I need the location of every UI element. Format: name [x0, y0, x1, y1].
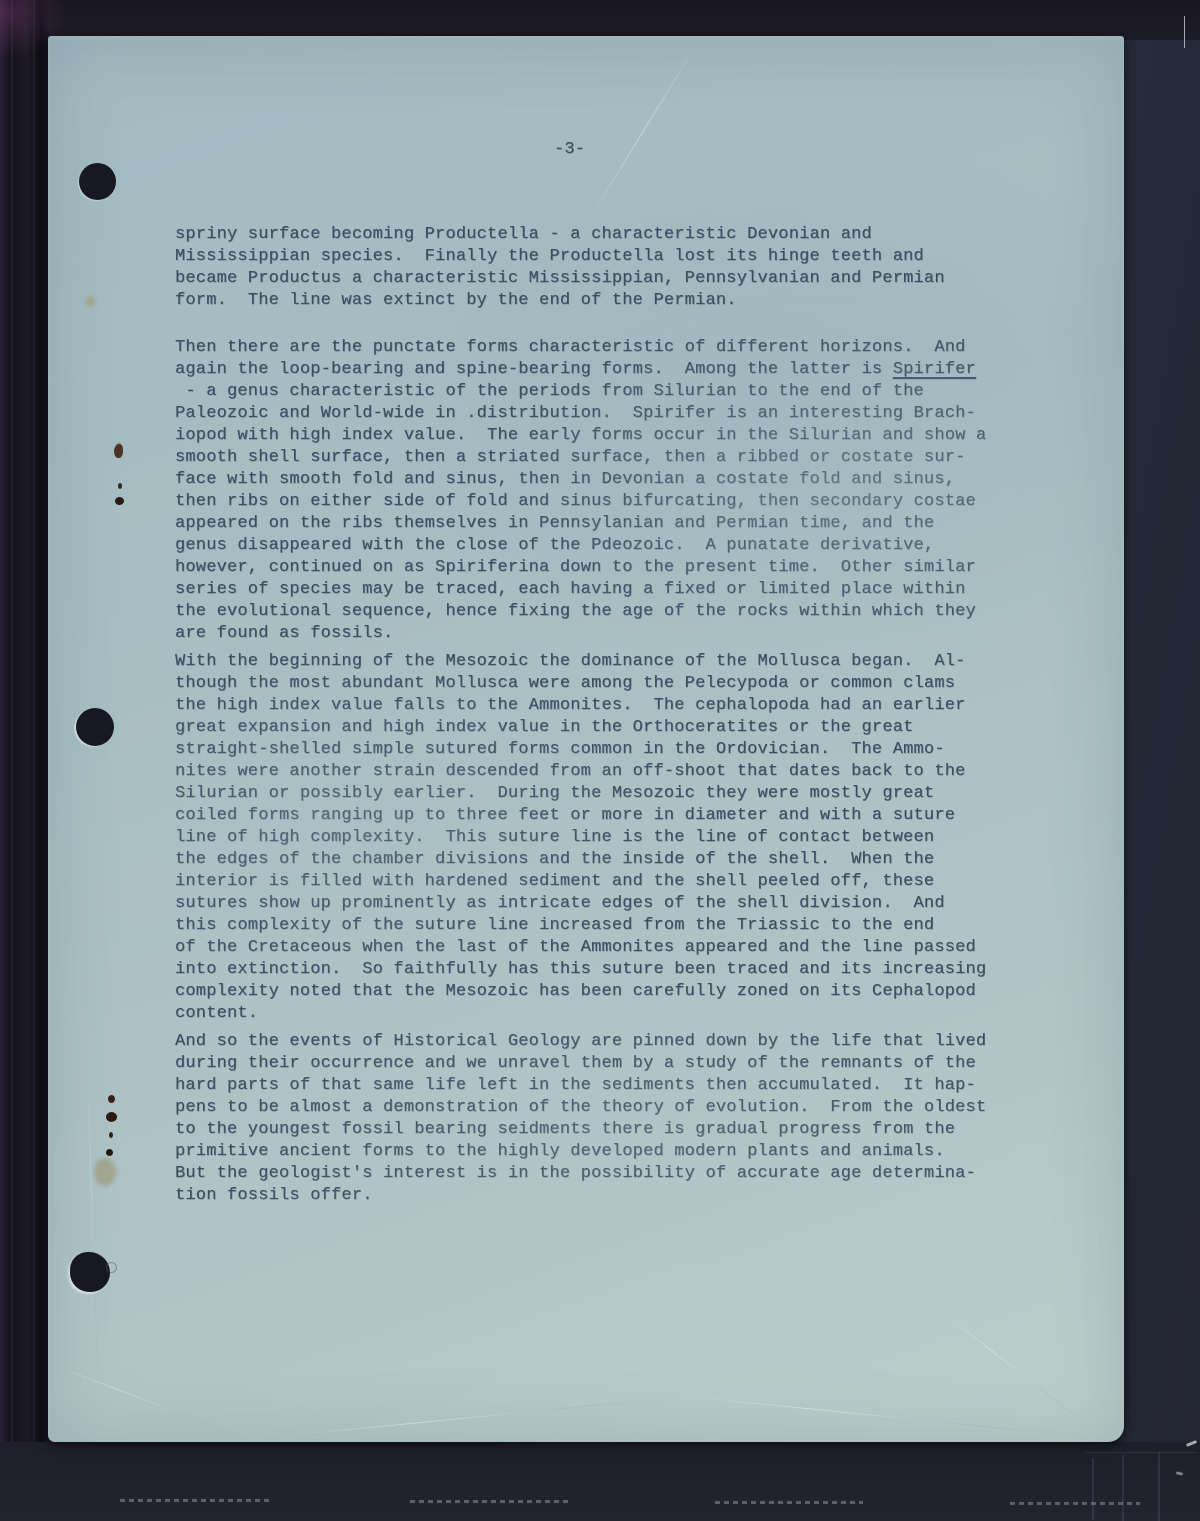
text-line: however, continued on as Spiriferina dow…	[175, 557, 986, 579]
background-emboss-line	[1122, 1455, 1124, 1521]
typewritten-text-block: -3- spriny surface becoming Productella …	[48, 36, 1124, 1442]
text-line: form. The line was extinct by the end of…	[175, 290, 945, 312]
text-line: - a genus characteristic of the periods …	[175, 381, 986, 403]
text-line: to the youngest fossil bearing seidments…	[175, 1119, 986, 1141]
background-emboss-line	[1158, 1452, 1160, 1521]
scan-background-top-band	[0, 0, 1200, 40]
text-line: great expansion and high index value in …	[175, 717, 986, 739]
paper-page: -3- spriny surface becoming Productella …	[48, 36, 1124, 1442]
underlined-word: Spirifer	[893, 360, 976, 379]
text-line: this complexity of the suture line incre…	[175, 915, 986, 937]
text-line: smooth shell surface, then a striated su…	[175, 447, 986, 469]
faint-dashed-mark	[715, 1501, 863, 1504]
text-line: appeared on the ribs themselves in Penns…	[175, 513, 986, 535]
scan-background-left-band	[0, 0, 48, 1521]
text-line: the evolutional sequence, hence fixing t…	[175, 601, 986, 623]
text-line: genus disappeared with the close of the …	[175, 535, 986, 557]
text-line: interior is filled with hardened sedimen…	[175, 871, 986, 893]
text-line: content.	[175, 1003, 986, 1025]
background-emboss-line	[1085, 1452, 1197, 1453]
ink-speck	[115, 497, 124, 505]
text-line: the edges of the chamber divisions and t…	[175, 849, 986, 871]
faint-dashed-mark	[410, 1500, 572, 1503]
text-line: again the loop-bearing and spine-bearing…	[175, 359, 986, 381]
punch-hole	[70, 1252, 110, 1292]
text-line: And so the events of Historical Geology …	[175, 1031, 986, 1053]
ink-speck	[106, 1112, 117, 1122]
scan-background-bottom-band	[0, 1442, 1200, 1521]
text-line: series of species may be traced, each ha…	[175, 579, 986, 601]
text-line: But the geologist's interest is in the p…	[175, 1163, 986, 1185]
text-line: into extinction. So faithfully has this …	[175, 959, 986, 981]
text-line: hard parts of that same life left in the…	[175, 1075, 986, 1097]
text-line: pens to be almost a demonstration of the…	[175, 1097, 986, 1119]
text-line: With the beginning of the Mesozoic the d…	[175, 651, 986, 673]
text-line: though the most abundant Mollusca were a…	[175, 673, 986, 695]
paragraph: And so the events of Historical Geology …	[175, 1031, 986, 1207]
text-line: Then there are the punctate forms charac…	[175, 337, 986, 359]
text-line: complexity noted that the Mesozoic has b…	[175, 981, 986, 1003]
ink-speck	[109, 1132, 113, 1138]
paragraph: spriny surface becoming Productella - a …	[175, 224, 945, 312]
text-line: line of high complexity. This suture lin…	[175, 827, 986, 849]
paragraph: Then there are the punctate forms charac…	[175, 337, 986, 645]
faint-dashed-mark	[120, 1499, 270, 1502]
text-line: during their occurrence and we unravel t…	[175, 1053, 986, 1075]
ink-speck	[118, 483, 122, 489]
page-number: -3-	[554, 139, 585, 161]
text-line: the high index value falls to the Ammoni…	[175, 695, 986, 717]
text-line: sutures show up prominently as intricate…	[175, 893, 986, 915]
ink-speck	[108, 1095, 115, 1103]
paragraph: With the beginning of the Mesozoic the d…	[175, 651, 986, 1025]
text-line: Paleozoic and World-wide in .distributio…	[175, 403, 986, 425]
punch-hole	[79, 163, 116, 200]
ink-speck	[106, 1149, 113, 1156]
text-line: became Productus a characteristic Missis…	[175, 268, 945, 290]
text-line: coiled forms ranging up to three feet or…	[175, 805, 986, 827]
text-line: nites were another strain descended from…	[175, 761, 986, 783]
text-line: tion fossils offer.	[175, 1185, 986, 1207]
text-line: are found as fossils.	[175, 623, 986, 645]
ink-speck	[114, 444, 123, 458]
background-emboss-line	[1092, 1458, 1094, 1520]
text-line: face with smooth fold and sinus, then in…	[175, 469, 986, 491]
text-line: primitive ancient forms to the highly de…	[175, 1141, 986, 1163]
punch-hole	[76, 708, 114, 746]
text-segment: again the loop-bearing and spine-bearing…	[175, 360, 893, 379]
text-line: then ribs on either side of fold and sin…	[175, 491, 986, 513]
text-line: Silurian or possibly earlier. During the…	[175, 783, 986, 805]
text-line: of the Cretaceous when the last of the A…	[175, 937, 986, 959]
text-line: straight-shelled simple sutured forms co…	[175, 739, 986, 761]
text-line: spriny surface becoming Productella - a …	[175, 224, 945, 246]
faint-dashed-mark	[1010, 1502, 1140, 1505]
text-line: iopod with high index value. The early f…	[175, 425, 986, 447]
scan-edge-line	[1184, 16, 1185, 48]
scanned-document-photo: -3- spriny surface becoming Productella …	[0, 0, 1200, 1521]
